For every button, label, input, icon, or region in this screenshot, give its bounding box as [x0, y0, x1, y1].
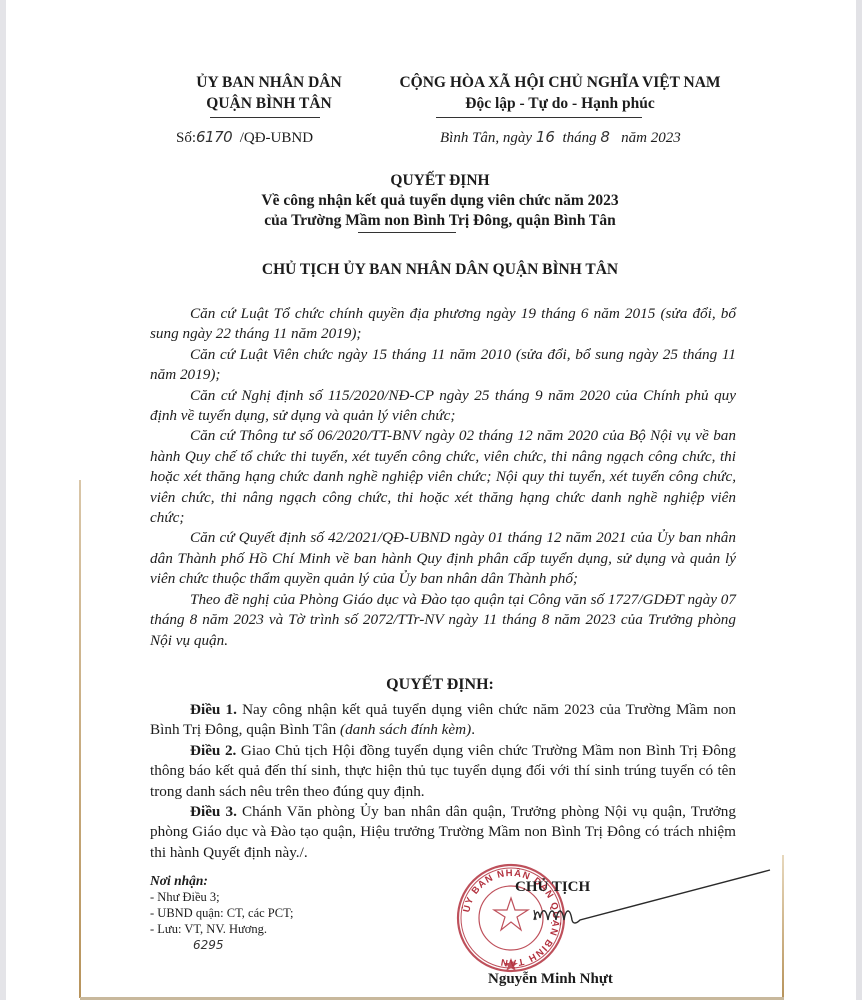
- recipient-item: - Như Điều 3;: [150, 889, 294, 905]
- handwritten-note: 6295: [193, 937, 294, 953]
- preamble-item: Căn cứ Quyết định số 42/2021/QĐ-UBND ngà…: [150, 528, 736, 589]
- article-3: Điều 3. Chánh Văn phòng Ủy ban nhân dân …: [150, 802, 736, 863]
- doc-no-handwritten: 6170: [196, 128, 232, 146]
- article-text: Chánh Văn phòng Ủy ban nhân dân quận, Tr…: [150, 803, 736, 861]
- preamble: Căn cứ Luật Tổ chức chính quyền địa phươ…: [150, 304, 736, 651]
- preamble-item: Theo đề nghị của Phòng Giáo dục và Đào t…: [150, 590, 736, 651]
- doc-no-suffix: /QĐ-UBND: [240, 130, 313, 146]
- article-label: Điều 2.: [190, 742, 236, 759]
- issuer-line-2: QUẬN BÌNH TÂN: [160, 93, 378, 114]
- title-rule: [358, 232, 456, 233]
- handwritten-signature-icon: [520, 862, 780, 942]
- decision-heading: QUYẾT ĐỊNH: [140, 171, 740, 191]
- date-month-label: tháng: [562, 130, 596, 146]
- national-title: CỘNG HÒA XÃ HỘI CHỦ NGHĨA VIỆT NAM: [380, 72, 740, 93]
- paper-edge-left: [79, 480, 81, 998]
- preamble-item: Căn cứ Luật Viên chức ngày 15 tháng 11 n…: [150, 345, 736, 386]
- recipients-block: Nơi nhận: - Như Điều 3; - UBND quận: CT,…: [150, 873, 294, 953]
- motto-underline: [436, 117, 642, 118]
- document-number: Số:6170 /QĐ-UBND: [176, 128, 313, 147]
- decision-title-block: QUYẾT ĐỊNH Về công nhận kết quả tuyển dụ…: [140, 171, 740, 231]
- subject-line-2: của Trường Mầm non Bình Trị Đông, quận B…: [140, 211, 740, 231]
- article-end: .: [471, 721, 475, 738]
- date-month: 8: [600, 128, 610, 146]
- article-1: Điều 1. Nay công nhận kết quả tuyển dụng…: [150, 700, 736, 741]
- viewer-right-edge: [856, 0, 862, 1000]
- article-2: Điều 2. Giao Chủ tịch Hội đồng tuyển dụn…: [150, 741, 736, 802]
- viewer-left-edge: [0, 0, 6, 1000]
- decision-section-heading: QUYẾT ĐỊNH:: [140, 676, 740, 694]
- subject-line-1: Về công nhận kết quả tuyển dụng viên chứ…: [140, 191, 740, 211]
- issuer-underline: [210, 117, 320, 118]
- issuing-authority: CHỦ TỊCH ỦY BAN NHÂN DÂN QUẬN BÌNH TÂN: [140, 261, 740, 279]
- article-note: (danh sách đính kèm): [340, 721, 471, 738]
- paper-edge-right: [782, 855, 784, 998]
- date-prefix: Bình Tân, ngày: [440, 130, 532, 146]
- articles: Điều 1. Nay công nhận kết quả tuyển dụng…: [150, 700, 736, 863]
- recipient-item: - UBND quận: CT, các PCT;: [150, 905, 294, 921]
- recipient-item: - Lưu: VT, NV. Hương.: [150, 921, 294, 937]
- signer-name: Nguyễn Minh Nhựt: [488, 971, 613, 988]
- issue-date: Bình Tân, ngày 16 tháng 8 năm 2023: [440, 128, 681, 147]
- issuer-line-1: ỦY BAN NHÂN DÂN: [160, 72, 378, 93]
- preamble-item: Căn cứ Thông tư số 06/2020/TT-BNV ngày 0…: [150, 426, 736, 528]
- article-label: Điều 3.: [190, 803, 237, 820]
- date-day: 16: [536, 128, 555, 146]
- doc-no-prefix: Số:: [176, 130, 196, 146]
- date-year: năm 2023: [621, 130, 681, 146]
- article-text: Giao Chủ tịch Hội đồng tuyển dụng viên c…: [150, 742, 736, 800]
- article-label: Điều 1.: [190, 701, 237, 718]
- recipients-heading: Nơi nhận:: [150, 873, 294, 889]
- preamble-item: Căn cứ Nghị định số 115/2020/NĐ-CP ngày …: [150, 386, 736, 427]
- preamble-item: Căn cứ Luật Tổ chức chính quyền địa phươ…: [150, 304, 736, 345]
- national-motto: Độc lập - Tự do - Hạnh phúc: [380, 93, 740, 114]
